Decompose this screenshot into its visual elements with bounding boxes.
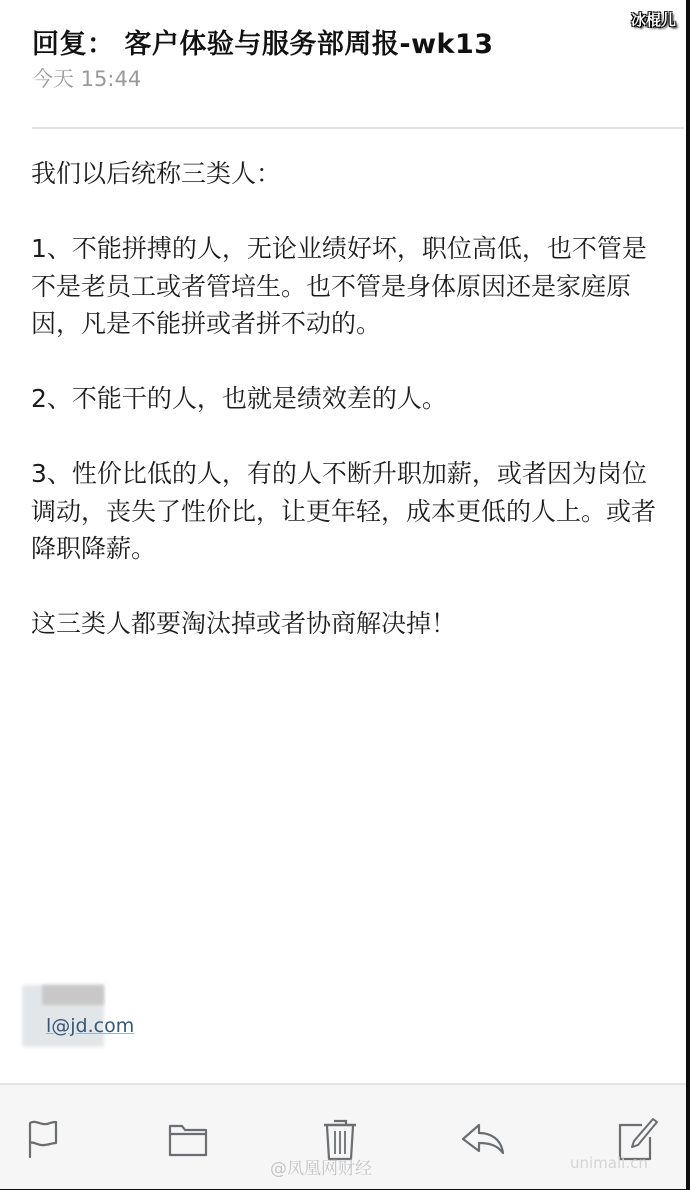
site-watermark: unimall.cn xyxy=(570,1154,648,1172)
reply-icon xyxy=(459,1113,509,1163)
body-paragraph-conclusion: 这三类人都要淘汰掉或者协商解决掉！ xyxy=(31,605,661,643)
email-date: 今天 15:44 xyxy=(32,65,670,93)
flag-icon xyxy=(18,1113,68,1163)
signature-redacted-name xyxy=(42,985,104,1005)
signature-email-link[interactable]: l@jd.com xyxy=(46,1015,134,1037)
email-subject: 回复： 客户体验与服务部周报-wk13 xyxy=(32,26,670,64)
body-paragraph-2: 2、不能干的人，也就是绩效差的人。 xyxy=(31,380,661,418)
body-paragraph-intro: 我们以后统称三类人： xyxy=(31,155,661,193)
email-signature: l@jd.com xyxy=(22,985,182,1047)
flag-button[interactable] xyxy=(18,1113,68,1163)
folder-icon xyxy=(163,1113,213,1163)
move-to-folder-button[interactable] xyxy=(163,1113,213,1163)
reply-button[interactable] xyxy=(459,1113,509,1163)
body-paragraph-1: 1、不能拼搏的人，无论业绩好坏，职位高低，也不管是不是老员工或者管培生。也不管是… xyxy=(31,230,661,343)
body-paragraph-3: 3、性价比低的人，有的人不断升职加薪，或者因为岗位调动，丧失了性价比，让更年轻，… xyxy=(31,455,661,568)
mail-toolbar: @凤凰网财经 unimall.cn xyxy=(0,1083,686,1189)
email-body: 我们以后统称三类人： 1、不能拼搏的人，无论业绩好坏，职位高低，也不管是不是老员… xyxy=(31,155,661,680)
weibo-watermark: @凤凰网财经 xyxy=(270,1154,372,1179)
email-header: 回复： 客户体验与服务部周报-wk13 今天 15:44 xyxy=(32,26,670,93)
header-divider xyxy=(32,127,684,129)
image-frame-right xyxy=(686,0,690,1190)
